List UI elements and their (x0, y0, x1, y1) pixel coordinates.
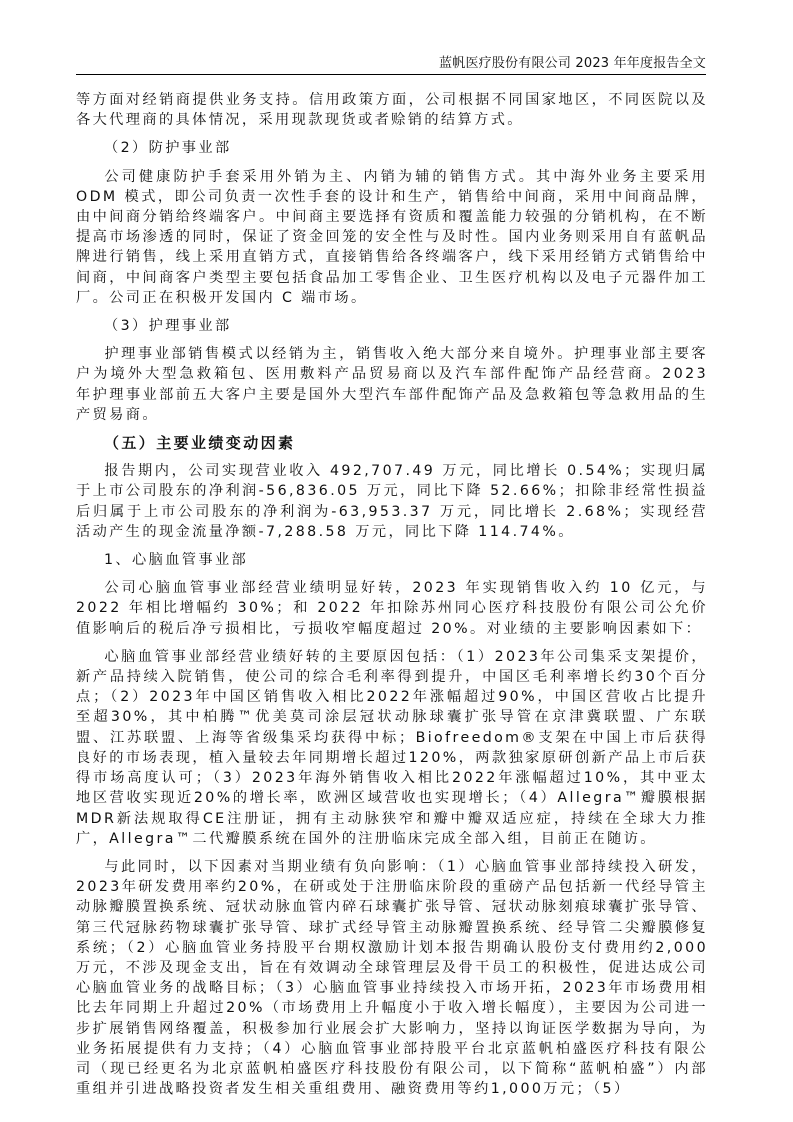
paragraph-continuation: 等方面对经销商提供业务支持。信用政策方面，公司根据不同国家地区，不同医院以及各大… (76, 90, 708, 130)
paragraph-financial-summary: 报告期内，公司实现营业收入 492,707.49 万元，同比增长 0.54%；实… (76, 461, 708, 542)
paragraph-cardio-overview: 公司心脑血管事业部经营业绩明显好转，2023 年实现销售收入约 10 亿元，与 … (76, 578, 708, 639)
subheading-protection-division: （2）防护事业部 (76, 138, 708, 158)
paragraph-protection-sales: 公司健康防护手套采用外销为主、内销为辅的销售方式。其中海外业务主要采用 ODM … (76, 167, 708, 308)
page-header: 蓝帆医疗股份有限公司 2023 年年度报告全文 (76, 56, 706, 75)
paragraph-cardio-negative-factors: 与此同时，以下因素对当期业绩有负向影响：（1）心脑血管事业部持续投入研发，202… (76, 857, 708, 1099)
document-body: 等方面对经销商提供业务支持。信用政策方面，公司根据不同国家地区，不同医院以及各大… (76, 90, 708, 1107)
subheading-cardio-division: 1、心脑血管事业部 (76, 550, 708, 570)
section-heading-performance-factors: （五）主要业绩变动因素 (76, 433, 708, 453)
paragraph-care-sales: 护理事业部销售模式以经销为主，销售收入绝大部分来自境外。护理事业部主要客户为境外… (76, 344, 708, 425)
subheading-care-division: （3）护理事业部 (76, 316, 708, 336)
header-title: 蓝帆医疗股份有限公司 2023 年年度报告全文 (439, 56, 706, 71)
paragraph-cardio-positive-factors: 心脑血管事业部经营业绩好转的主要原因包括：（1）2023年公司集采支架提价，新产… (76, 647, 708, 849)
